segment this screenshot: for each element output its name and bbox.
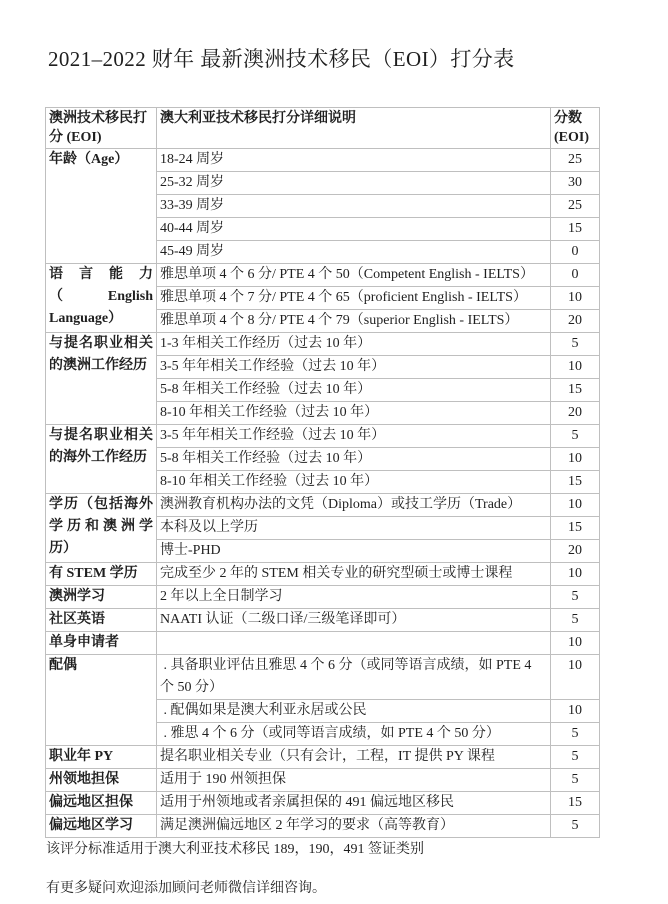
description-cell: 澳洲教育机构办法的文凭（Diploma）或技工学历（Trade）	[157, 494, 551, 517]
table-row: 偏远地区学习 满足澳洲偏远地区 2 年学习的要求（高等教育） 5	[46, 815, 600, 838]
table-row: 澳洲学习 2 年以上全日制学习 5	[46, 586, 600, 609]
score-cell: 5	[551, 425, 600, 448]
score-cell: 10	[551, 700, 600, 723]
description-cell: 8-10 年相关工作经验（过去 10 年）	[157, 471, 551, 494]
contact-note: 有更多疑问欢迎添加顾问老师微信详细咨询。	[46, 878, 648, 900]
description-cell: 8-10 年相关工作经验（过去 10 年）	[157, 402, 551, 425]
score-cell: 15	[551, 379, 600, 402]
description-cell: 5-8 年相关工作经验（过去 10 年）	[157, 448, 551, 471]
visa-classes-note: 该评分标准适用于澳大利亚技术移民 189，190，491 签证类别	[46, 839, 648, 861]
category-cell: 配偶	[46, 655, 157, 746]
score-cell: 15	[551, 471, 600, 494]
score-cell: 5	[551, 609, 600, 632]
table-row: 州领地担保 适用于 190 州领担保 5	[46, 769, 600, 792]
description-cell: 博士-PHD	[157, 540, 551, 563]
score-cell: 0	[551, 241, 600, 264]
description-cell: 1-3 年相关工作经历（过去 10 年）	[157, 333, 551, 356]
table-row: 配偶 . 具备职业评估且雅思 4 个 6 分（或同等语言成绩，如 PTE 4 个…	[46, 655, 600, 700]
description-cell: 45-49 周岁	[157, 241, 551, 264]
table-row: 与提名职业相关的澳洲工作经历 1-3 年相关工作经历（过去 10 年） 5	[46, 333, 600, 356]
description-cell: 提名职业相关专业（只有会计，工程，IT 提供 PY 课程	[157, 746, 551, 769]
table-row: 学历（包括海外学历和澳洲学历） 澳洲教育机构办法的文凭（Diploma）或技工学…	[46, 494, 600, 517]
table-row: 语言能力（English Language） 雅思单项 4 个 6 分/ PTE…	[46, 264, 600, 287]
column-header-score: 分数 (EOI)	[551, 108, 600, 149]
description-cell: . 配偶如果是澳大利亚永居或公民	[157, 700, 551, 723]
score-cell: 5	[551, 769, 600, 792]
score-cell: 10	[551, 287, 600, 310]
description-cell: . 具备职业评估且雅思 4 个 6 分（或同等语言成绩，如 PTE 4 个 50…	[157, 655, 551, 700]
table-row: 与提名职业相关的海外工作经历 3-5 年年相关工作经验（过去 10 年） 5	[46, 425, 600, 448]
score-cell: 10	[551, 494, 600, 517]
description-cell: 雅思单项 4 个 8 分/ PTE 4 个 79（superior Englis…	[157, 310, 551, 333]
score-cell: 10	[551, 563, 600, 586]
column-header-description: 澳大利亚技术移民打分详细说明	[157, 108, 551, 149]
category-cell: 单身申请者	[46, 632, 157, 655]
description-cell: 3-5 年年相关工作经验（过去 10 年）	[157, 356, 551, 379]
category-cell: 州领地担保	[46, 769, 157, 792]
description-cell: 2 年以上全日制学习	[157, 586, 551, 609]
score-cell: 0	[551, 264, 600, 287]
score-cell: 15	[551, 517, 600, 540]
category-cell: 偏远地区担保	[46, 792, 157, 815]
description-cell: 18-24 周岁	[157, 149, 551, 172]
description-cell: 雅思单项 4 个 7 分/ PTE 4 个 65（proficient Engl…	[157, 287, 551, 310]
score-cell: 5	[551, 333, 600, 356]
score-cell: 5	[551, 723, 600, 746]
description-cell: 40-44 周岁	[157, 218, 551, 241]
score-cell: 10	[551, 655, 600, 700]
category-cell: 与提名职业相关的海外工作经历	[46, 425, 157, 494]
score-cell: 10	[551, 632, 600, 655]
description-cell: 5-8 年相关工作经验（过去 10 年）	[157, 379, 551, 402]
category-cell: 与提名职业相关的澳洲工作经历	[46, 333, 157, 425]
scores-table: 澳洲技术移民打分 (EOI) 澳大利亚技术移民打分详细说明 分数 (EOI) 年…	[45, 107, 600, 838]
score-cell: 10	[551, 448, 600, 471]
score-cell: 30	[551, 172, 600, 195]
description-cell: 本科及以上学历	[157, 517, 551, 540]
table-row: 有 STEM 学历 完成至少 2 年的 STEM 相关专业的研究型硕士或博士课程…	[46, 563, 600, 586]
page-title: 2021–2022 财年 最新澳洲技术移民（EOI）打分表	[48, 44, 648, 74]
category-cell: 学历（包括海外学历和澳洲学历）	[46, 494, 157, 563]
table-header-row: 澳洲技术移民打分 (EOI) 澳大利亚技术移民打分详细说明 分数 (EOI)	[46, 108, 600, 149]
table-row: 职业年 PY 提名职业相关专业（只有会计，工程，IT 提供 PY 课程 5	[46, 746, 600, 769]
table-row: 偏远地区担保 适用于州领地或者亲属担保的 491 偏远地区移民 15	[46, 792, 600, 815]
description-cell: 适用于州领地或者亲属担保的 491 偏远地区移民	[157, 792, 551, 815]
score-cell: 20	[551, 540, 600, 563]
description-cell: 25-32 周岁	[157, 172, 551, 195]
score-cell: 5	[551, 815, 600, 838]
score-cell: 5	[551, 746, 600, 769]
description-cell: NAATI 认证（二级口译/三级笔译即可）	[157, 609, 551, 632]
score-cell: 15	[551, 792, 600, 815]
score-cell: 20	[551, 402, 600, 425]
category-cell: 职业年 PY	[46, 746, 157, 769]
table-row: 单身申请者 10	[46, 632, 600, 655]
description-cell: 3-5 年年相关工作经验（过去 10 年）	[157, 425, 551, 448]
score-cell: 25	[551, 195, 600, 218]
score-cell: 10	[551, 356, 600, 379]
category-cell: 社区英语	[46, 609, 157, 632]
table-row: 社区英语 NAATI 认证（二级口译/三级笔译即可） 5	[46, 609, 600, 632]
category-cell: 年龄（Age）	[46, 149, 157, 264]
document-page: 2021–2022 财年 最新澳洲技术移民（EOI）打分表 澳洲技术移民打分 (…	[0, 0, 668, 900]
description-cell: 33-39 周岁	[157, 195, 551, 218]
category-cell: 有 STEM 学历	[46, 563, 157, 586]
score-cell: 20	[551, 310, 600, 333]
score-cell: 15	[551, 218, 600, 241]
table-row: 年龄（Age） 18-24 周岁 25	[46, 149, 600, 172]
description-cell: 完成至少 2 年的 STEM 相关专业的研究型硕士或博士课程	[157, 563, 551, 586]
description-cell: 满足澳洲偏远地区 2 年学习的要求（高等教育）	[157, 815, 551, 838]
score-cell: 25	[551, 149, 600, 172]
description-cell: 适用于 190 州领担保	[157, 769, 551, 792]
category-cell: 偏远地区学习	[46, 815, 157, 838]
category-cell: 语言能力（English Language）	[46, 264, 157, 333]
description-cell: . 雅思 4 个 6 分（或同等语言成绩，如 PTE 4 个 50 分）	[157, 723, 551, 746]
score-cell: 5	[551, 586, 600, 609]
category-cell: 澳洲学习	[46, 586, 157, 609]
description-cell	[157, 632, 551, 655]
description-cell: 雅思单项 4 个 6 分/ PTE 4 个 50（Competent Engli…	[157, 264, 551, 287]
column-header-category: 澳洲技术移民打分 (EOI)	[46, 108, 157, 149]
